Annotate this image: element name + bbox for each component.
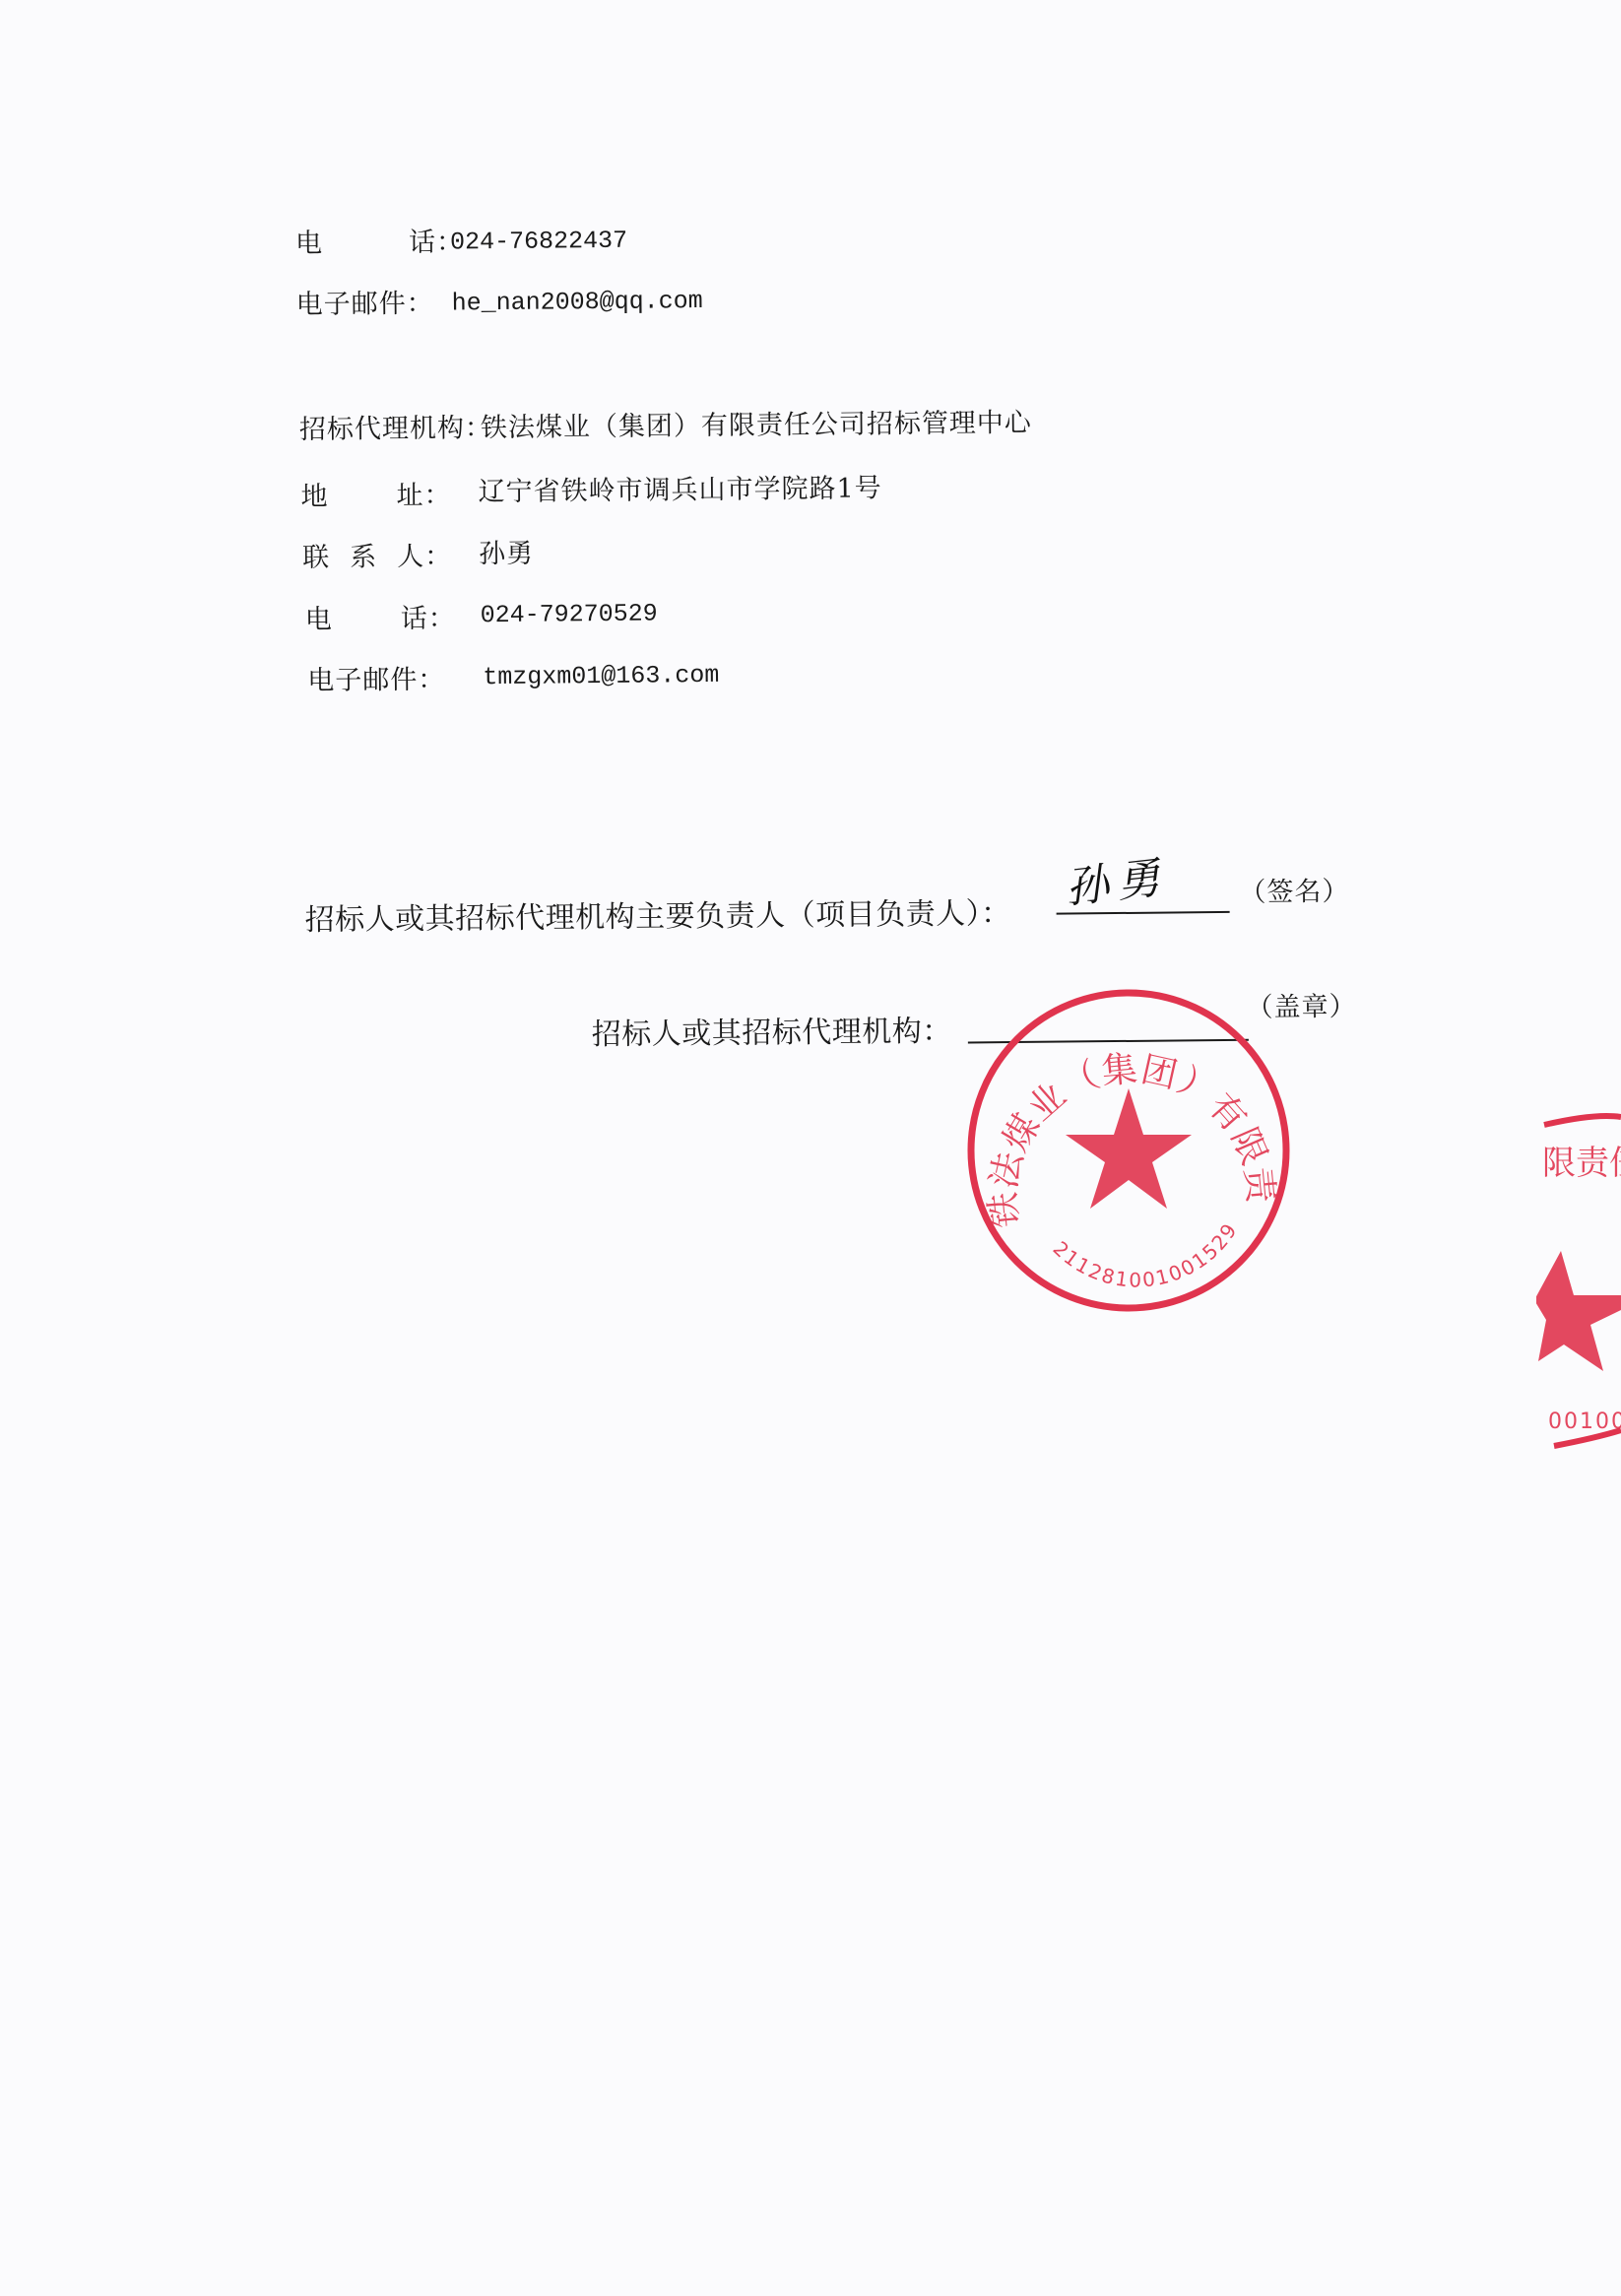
responsible-signature-block: 招标人或其招标代理机构主要负责人（项目负责人）： 孙勇 （签名）: [0, 0, 1619, 3]
star-icon: [1066, 1088, 1192, 1209]
agency-contact-person: 孙勇: [479, 539, 534, 571]
address-label-part2: 址：: [396, 480, 451, 512]
agency-name-label: 招标代理机构：: [299, 413, 492, 446]
agency-email-label: 电子邮件：: [307, 665, 445, 697]
agency-phone-label-part2: 话：: [401, 603, 456, 635]
edge-star-icon: [1536, 1251, 1621, 1371]
signature-underline: [1057, 911, 1230, 915]
contact-label-part2: 系: [350, 542, 377, 573]
agency-phone: 024-79270529: [481, 598, 658, 631]
agency-email: tmzgxm01@163.com: [483, 660, 719, 693]
seal-arc-text: 铁法煤业（集团）有限责任公司招标管理中心: [960, 980, 1281, 1229]
contact-label-part1: 联: [302, 543, 330, 574]
responsible-label: 招标人或其招标代理机构主要负责人（项目负责人）：: [304, 896, 1010, 939]
edge-seal-ring-top: [1544, 1116, 1621, 1125]
agency-phone-label-part1: 电: [305, 605, 333, 636]
agency-contact: 招标代理机构： 铁法煤业（集团）有限责任公司招标管理中心 地 址： 辽宁省铁岭市…: [0, 0, 1619, 3]
handwritten-signature: 孙勇: [1062, 841, 1171, 915]
org-label: 招标人或其招标代理机构：: [592, 1015, 952, 1054]
edge-seal: 限责任公 00100: [1536, 1103, 1621, 1468]
agency-address: 辽宁省铁岭市调兵山市学院路1号: [478, 473, 881, 508]
tenderer-phone: 024-76822437: [450, 226, 627, 259]
contact-label-part3: 人：: [397, 541, 452, 573]
sign-note: （签名）: [1239, 877, 1349, 909]
edge-seal-top-text: 限责任公: [1542, 1144, 1621, 1183]
email-label: 电子邮件：: [296, 289, 434, 321]
company-seal: 铁法煤业（集团）有限责任公司招标管理中心 211281001001529: [960, 980, 1300, 1320]
document-page: 电 话： 024-76822437 电子邮件： he_nan2008@qq.co…: [0, 0, 1621, 2296]
agency-name: 铁法煤业（集团）有限责任公司招标管理中心: [481, 408, 1032, 444]
phone-label-part1: 电: [295, 229, 323, 260]
tenderer-email: he_nan2008@qq.com: [452, 286, 703, 319]
address-label-part1: 地: [300, 482, 328, 513]
tenderer-contact: 电 话： 024-76822437 电子邮件： he_nan2008@qq.co…: [0, 0, 1619, 3]
org-seal-block: 招标人或其招标代理机构： （盖章）: [0, 0, 1619, 3]
edge-seal-code: 00100: [1548, 1410, 1621, 1434]
